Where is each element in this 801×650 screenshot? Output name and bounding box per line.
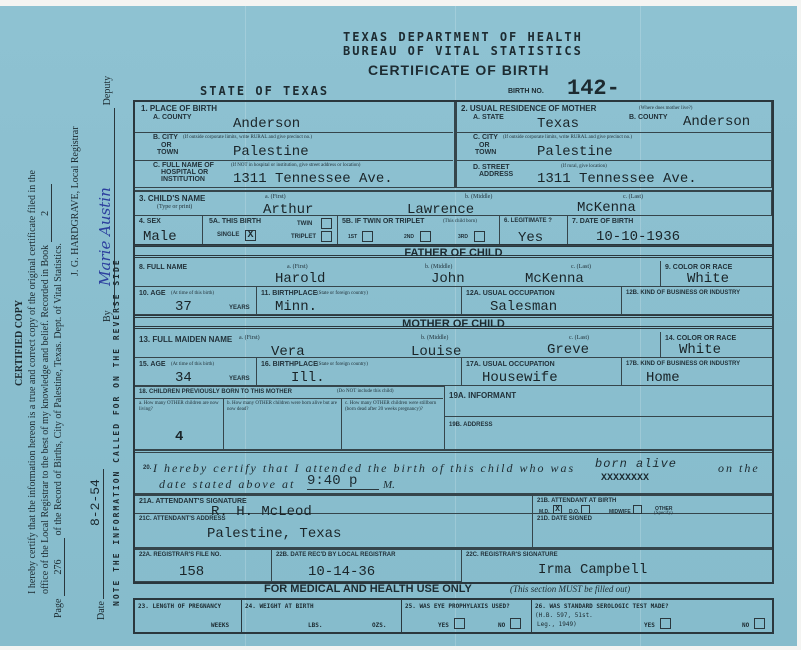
certification-line-1: I hereby certify that the information he… xyxy=(27,170,38,594)
date-signed-cell: 21d. DATE SIGNED xyxy=(533,514,772,548)
child-last-name: McKenna xyxy=(577,200,636,216)
birth-no-label: BIRTH NO. xyxy=(508,88,544,95)
legitimate-cell: 6. LEGITIMATE ? Yes xyxy=(500,216,568,246)
father-race: White xyxy=(687,271,729,287)
birth-number: 142- xyxy=(567,76,620,101)
serologic-yes-checkbox[interactable] xyxy=(660,618,671,629)
birth-city: Palestine xyxy=(233,144,309,160)
mother-residence-block: 2. USUAL RESIDENCE OF MOTHER (Where does… xyxy=(455,102,772,188)
date-of-birth: 10-10-1936 xyxy=(596,229,680,245)
medical-section-note: (This section MUST be filled out) xyxy=(510,584,630,594)
registrar-signature-cell: 22c. REGISTRAR'S SIGNATURE Irma Campbell xyxy=(462,548,772,582)
mother-county: Anderson xyxy=(683,114,750,130)
mother-age: 34 xyxy=(175,370,192,386)
father-last-name: McKenna xyxy=(525,271,584,287)
father-age: 37 xyxy=(175,299,192,315)
father-middle-name: John xyxy=(431,271,465,287)
mother-industry: Home xyxy=(646,370,680,386)
mother-occupation-cell: 17a. USUAL OCCUPATION Housewife xyxy=(462,358,622,386)
mother-occupation: Housewife xyxy=(482,370,558,386)
twin-checkbox[interactable] xyxy=(321,218,332,229)
attendant-signature-cell: 21a. ATTENDANT'S SIGNATURE R. H. McLeod xyxy=(135,494,533,514)
child-name-row: 3. CHILD'S NAME (Type or print) a. (Firs… xyxy=(135,190,772,216)
date-received-cell: 22b. DATE REC'D BY LOCAL REGISTRAR 10-14… xyxy=(272,548,462,582)
child-sex: Male xyxy=(143,229,177,245)
father-race-cell: 9. COLOR OR RACE White xyxy=(661,261,772,287)
father-birthplace: Minn. xyxy=(275,299,317,315)
father-birthplace-cell: 11. BIRTHPLACE (State or foreign country… xyxy=(257,287,462,315)
third-born-checkbox[interactable] xyxy=(474,231,485,242)
struck-text: XXXXXXXX xyxy=(601,473,649,484)
attendant-address: Palestine, Texas xyxy=(207,526,341,542)
certificate-title: CERTIFICATE OF BIRTH xyxy=(368,62,550,78)
birth-county: Anderson xyxy=(233,116,300,132)
mother-race: White xyxy=(679,342,721,358)
certified-date: 8-2-54 xyxy=(88,479,103,526)
mother-birthplace: Ill. xyxy=(291,370,325,386)
mother-name-row: 13. FULL MAIDEN NAME a. (First) Vera b. … xyxy=(135,332,661,358)
triplet-checkbox[interactable] xyxy=(321,231,332,242)
serologic-test-cell: 26. WAS STANDARD SEROLOGIC TEST MADE? (H… xyxy=(532,600,772,632)
mother-industry-cell: 17b. KIND OF BUSINESS OR INDUSTRY Home xyxy=(622,358,772,386)
father-first-name: Harold xyxy=(275,271,325,287)
dob-cell: 7. DATE OF BIRTH 10-10-1936 xyxy=(568,216,772,246)
place-of-birth-block: 1. PLACE OF BIRTH a. COUNTY Anderson b. … xyxy=(135,102,455,188)
father-section-heading: FATHER OF CHILD xyxy=(135,244,772,258)
informant-block: 19a. INFORMANT 19b. ADDRESS xyxy=(445,386,772,450)
date-received: 10-14-36 xyxy=(308,564,375,580)
book-number: 2 xyxy=(40,184,52,242)
father-occupation: Salesman xyxy=(490,299,557,315)
single-checkbox[interactable]: X xyxy=(245,230,256,241)
mother-birthplace-cell: 16. BIRTHPLACE (State or foreign country… xyxy=(257,358,462,386)
this-birth-cell: 5a. THIS BIRTH SINGLE X TWIN TRIPLET xyxy=(203,216,338,246)
page-number: 276 xyxy=(53,538,65,596)
registrar-file-cell: 22a. REGISTRAR'S FILE NO. 158 xyxy=(135,548,272,582)
birth-status: born alive xyxy=(595,457,677,471)
birth-hospital: 1311 Tennessee Ave. xyxy=(233,171,393,187)
medical-section-title: FOR MEDICAL AND HEALTH USE ONLY xyxy=(264,583,472,595)
birth-weight-cell: 24. WEIGHT AT BIRTH LBS. OZS. xyxy=(242,600,402,632)
mother-last-name: Greve xyxy=(547,342,589,358)
certified-copy-heading: CERTIFIED COPY xyxy=(14,300,25,386)
eye-prophylaxis-yes-checkbox[interactable] xyxy=(454,618,465,629)
md-checkbox[interactable]: X xyxy=(553,505,562,514)
certification-line-2: office of the Local Registrar to the bes… xyxy=(40,184,52,594)
serologic-no-checkbox[interactable] xyxy=(754,618,765,629)
mother-street: 1311 Tennessee Ave. xyxy=(537,171,697,187)
father-name-row: 8. FULL NAME a. (First) Harold b. (Middl… xyxy=(135,261,661,287)
certification-line-3: Page 276 of the Record of Births, City o… xyxy=(53,243,65,618)
pregnancy-length-cell: 23. LENGTH OF PREGNANCY WEEKS xyxy=(135,600,242,632)
dept-heading: TEXAS DEPARTMENT OF HEALTH xyxy=(343,30,583,44)
eye-prophylaxis-no-checkbox[interactable] xyxy=(510,618,521,629)
state-label: STATE OF TEXAS xyxy=(200,84,329,98)
attendant-at-birth-cell: 21b. ATTENDANT AT BIRTH M.D. X D.O. MIDW… xyxy=(533,494,772,514)
local-registrar: J. G. HARDGRAVE, Local Registrar xyxy=(70,126,81,276)
do-checkbox[interactable] xyxy=(581,505,590,514)
attendant-address-cell: 21c. ATTENDANT'S ADDRESS Palestine, Texa… xyxy=(135,514,533,548)
children-previously-born: 18. CHILDREN PREVIOUSLY BORN TO THIS MOT… xyxy=(135,386,445,450)
children-living: 4 xyxy=(175,429,183,445)
mother-race-cell: 14. COLOR OR RACE White xyxy=(661,332,772,358)
time-of-birth: 9:40 p xyxy=(307,473,379,490)
second-born-checkbox[interactable] xyxy=(420,231,431,242)
certification-statement: 20. I hereby certify that I attended the… xyxy=(135,450,772,494)
medical-section: 23. LENGTH OF PREGNANCY WEEKS 24. WEIGHT… xyxy=(133,598,774,634)
bureau-heading: BUREAU OF VITAL STATISTICS xyxy=(343,44,583,58)
birth-certificate: TEXAS DEPARTMENT OF HEALTH BUREAU OF VIT… xyxy=(0,6,797,646)
certificate-form: 1. PLACE OF BIRTH a. COUNTY Anderson b. … xyxy=(133,100,774,584)
mother-section-heading: MOTHER OF CHILD xyxy=(135,315,772,329)
sex-cell: 4. SEX Male xyxy=(135,216,203,246)
father-occupation-cell: 12a. USUAL OCCUPATION Salesman xyxy=(462,287,622,315)
father-industry-cell: 12b. KIND OF BUSINESS OR INDUSTRY xyxy=(622,287,772,315)
twin-triplet-cell: 5b. IF TWIN OR TRIPLET (This child born)… xyxy=(338,216,500,246)
first-born-checkbox[interactable] xyxy=(362,231,373,242)
reverse-side-note: NOTE THE INFORMATION CALLED FOR ON THE R… xyxy=(112,258,121,606)
registrar-signature: Irma Campbell xyxy=(538,562,647,578)
mother-age-cell: 15. AGE (At time of this birth) 34 YEARS xyxy=(135,358,257,386)
registrar-file-no: 158 xyxy=(179,564,204,580)
midwife-checkbox[interactable] xyxy=(633,505,642,514)
mother-city: Palestine xyxy=(537,144,613,160)
father-age-cell: 10. AGE (At time of this birth) 37 YEARS xyxy=(135,287,257,315)
eye-prophylaxis-cell: 25. WAS EYE PROPHYLAXIS USED? YES NO xyxy=(402,600,532,632)
mother-state: Texas xyxy=(537,116,579,132)
